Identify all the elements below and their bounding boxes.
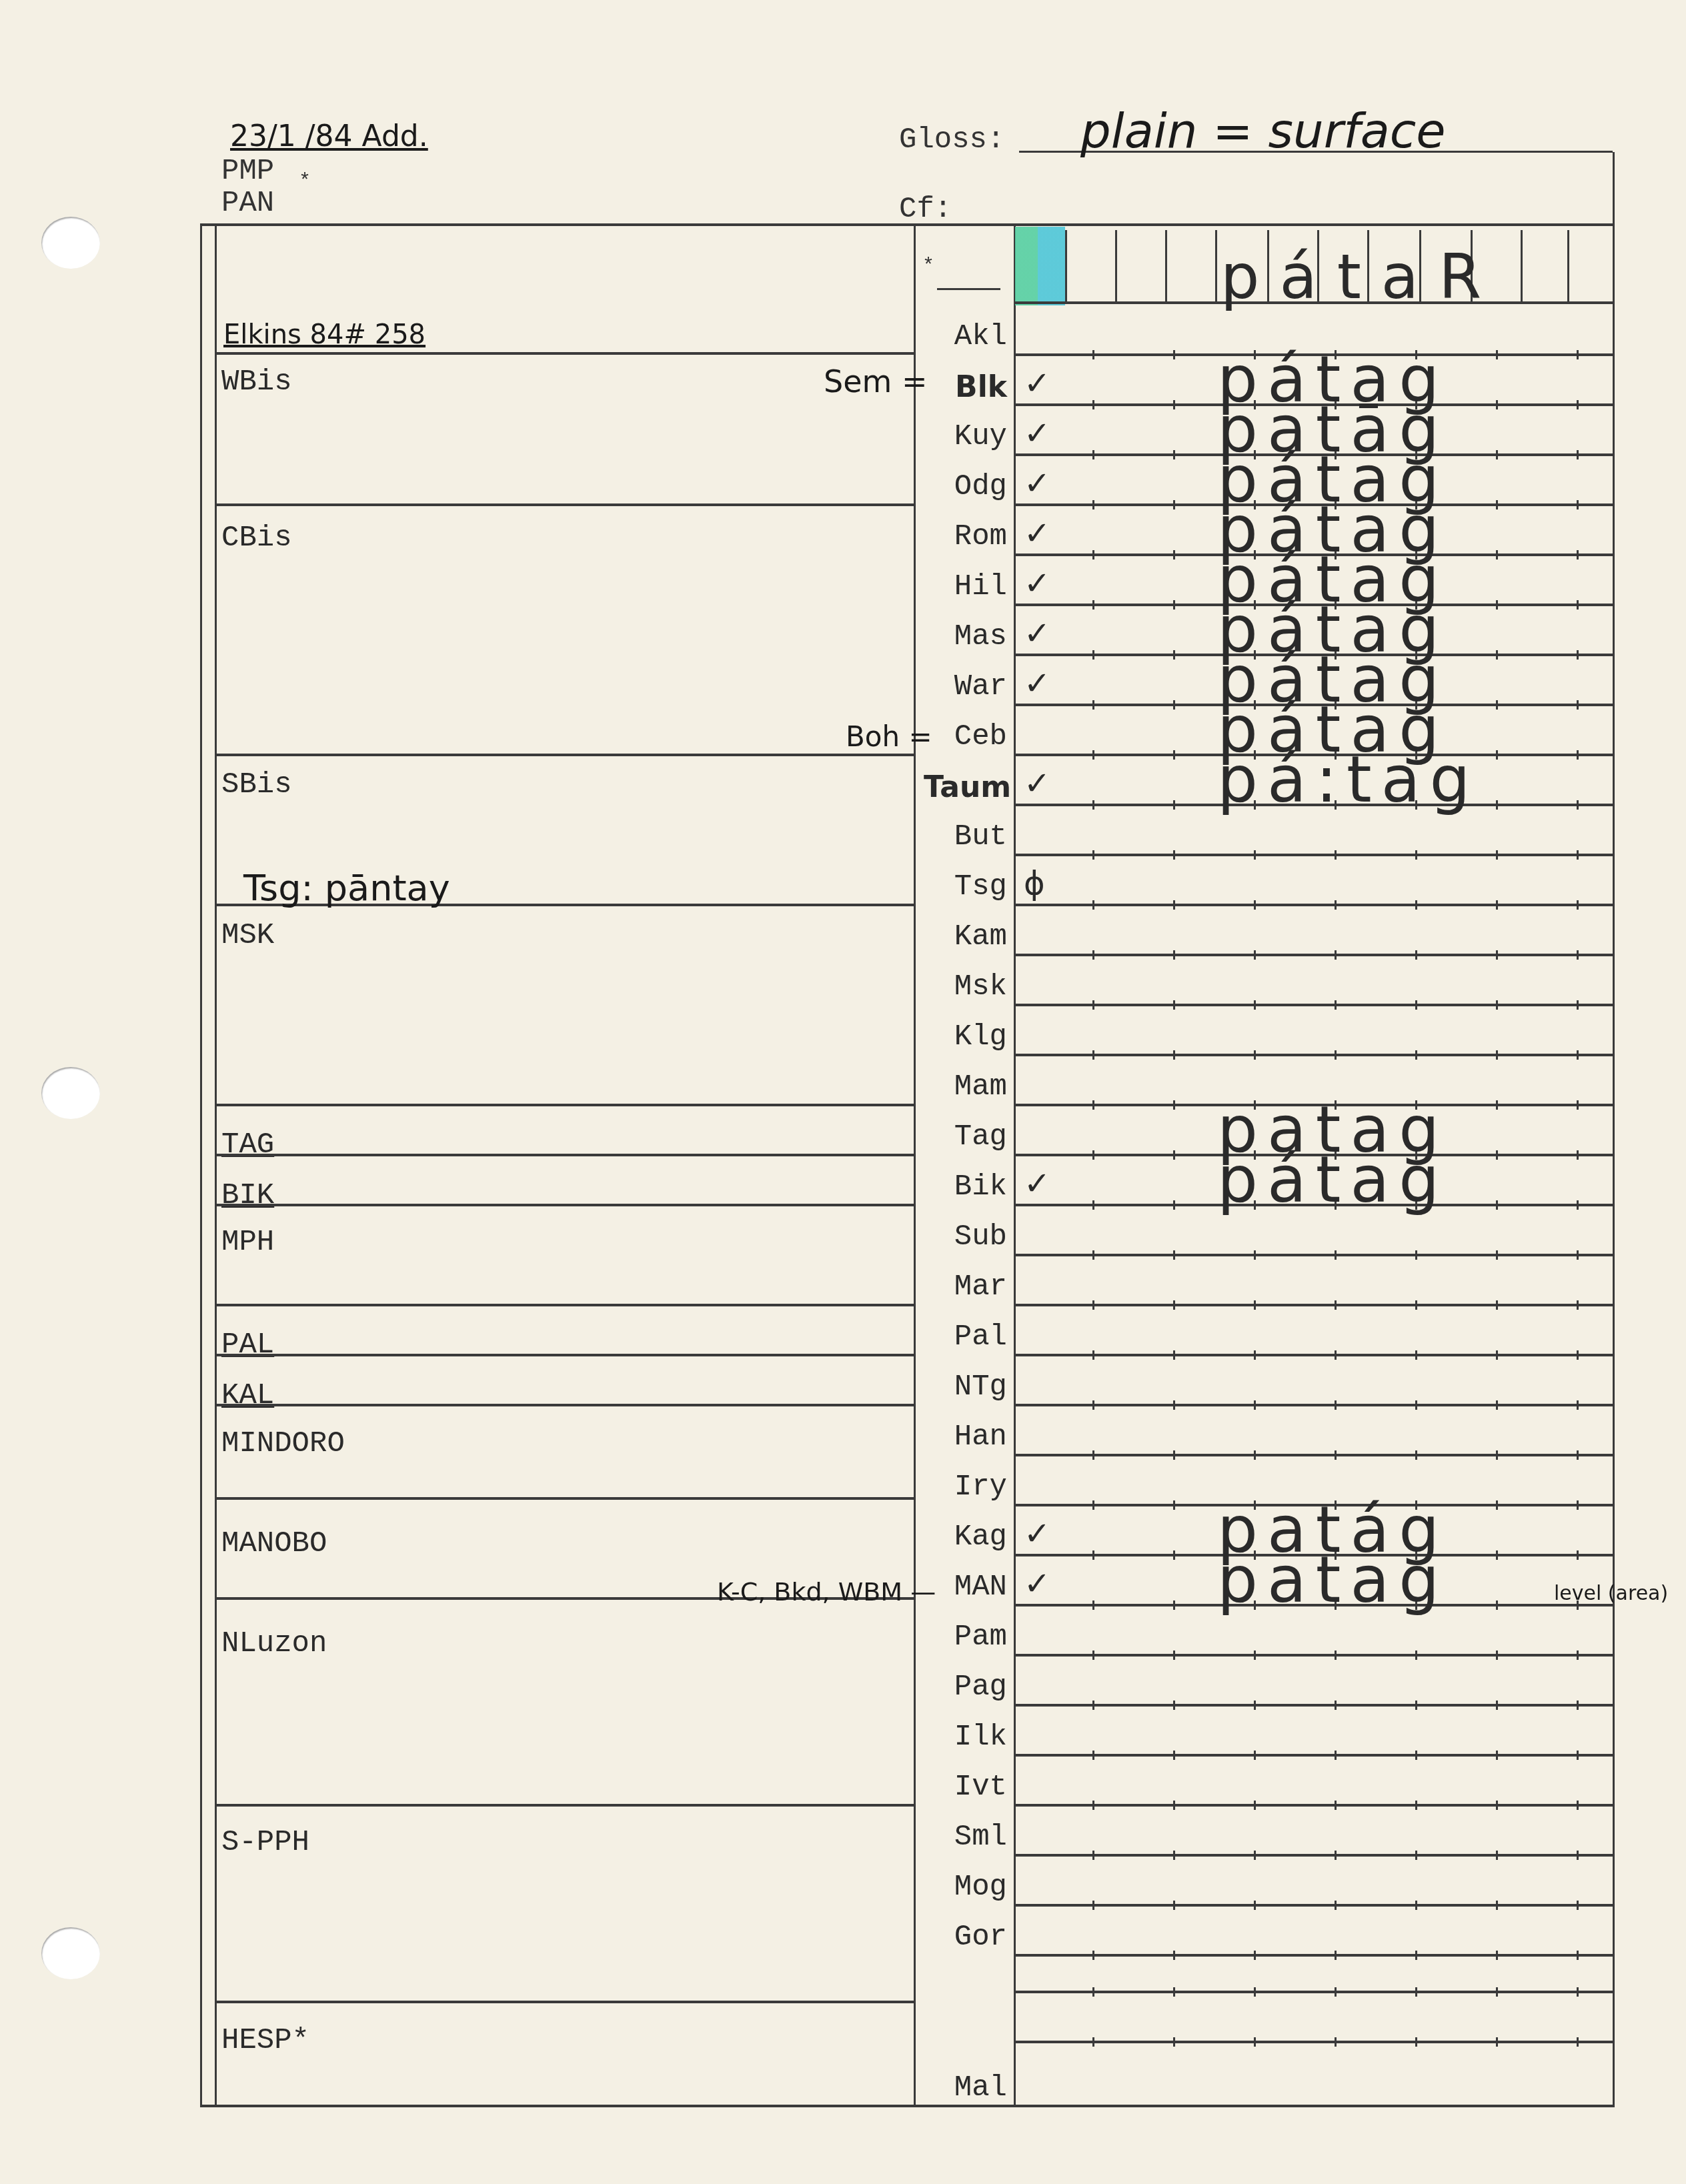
section-label: KAL [221, 1379, 274, 1412]
proto-grid-line [1115, 230, 1117, 303]
proto-grid-line [1165, 230, 1167, 303]
language-code: But [924, 820, 1007, 854]
language-code: Pam [924, 1620, 1007, 1654]
section-label: MANOBO [221, 1527, 327, 1560]
frame-right [1613, 152, 1615, 2107]
reflex-form: pá:tag [1217, 742, 1480, 817]
section-label: CBis [221, 521, 292, 555]
checkmark-icon: ✓ [1024, 665, 1050, 702]
proto-grid-line [1521, 230, 1523, 303]
checkmark-icon: ✓ [1024, 765, 1050, 802]
proto-form: pátaR [1220, 241, 1501, 313]
language-code: Mam [924, 1070, 1007, 1104]
language-code: Bik [924, 1170, 1007, 1204]
language-code: Taum [924, 770, 1007, 804]
language-code: Tsg [924, 870, 1007, 904]
section-label: HESP* [221, 2024, 309, 2057]
section-label: SBis [221, 768, 292, 802]
row-ticks [1014, 850, 1614, 860]
language-code: Rom [924, 520, 1007, 554]
language-code: Ivt [924, 1771, 1007, 1804]
language-code: Msk [924, 970, 1007, 1004]
reflex-form: pátag [1217, 1142, 1449, 1217]
checkmark-icon: ✓ [1024, 565, 1050, 602]
language-code: War [924, 670, 1007, 704]
language-code: Mas [924, 620, 1007, 654]
section-divider-line [215, 352, 914, 355]
section-divider-line [215, 2001, 914, 2003]
row-ticks [1014, 1250, 1614, 1260]
cf-label: Cf: [899, 195, 952, 224]
row-ticks [1014, 1851, 1614, 1860]
reflex-form: patag [1217, 1542, 1449, 1617]
section-label: WBis [221, 365, 292, 399]
gloss-label: Gloss: [899, 125, 1004, 155]
highlight-mark [1015, 227, 1065, 305]
punch-hole [41, 217, 100, 269]
section-label: S-PPH [221, 1826, 309, 1859]
language-code: Gor [924, 1921, 1007, 1954]
row-ticks [1014, 1350, 1614, 1360]
section-divider-line [215, 503, 914, 506]
row-ticks [1014, 1751, 1614, 1760]
row-ticks [1014, 1701, 1614, 1710]
checkmark-icon: ✓ [1024, 415, 1050, 452]
section-divider-line [215, 1154, 914, 1156]
source-note: Elkins 84# 258 [223, 321, 426, 348]
row-ticks [1014, 1651, 1614, 1660]
section-divider-line [215, 1354, 914, 1356]
language-code: Kuy [924, 420, 1007, 453]
language-code: Tag [924, 1120, 1007, 1154]
section-label: MSK [221, 919, 274, 952]
section-divider-line [215, 754, 914, 756]
language-code: NTg [924, 1370, 1007, 1404]
section-label: BIK [221, 1179, 274, 1212]
language-code: Hil [924, 570, 1007, 604]
row-ticks [1014, 1000, 1614, 1010]
row-ticks [1014, 1050, 1614, 1060]
null-mark-icon: ϕ [1024, 865, 1045, 902]
proto-asterisk: * [922, 257, 934, 277]
section-label: PAL [221, 1328, 274, 1362]
checkmark-icon: ✓ [1024, 1565, 1050, 1602]
row-ticks [1014, 1450, 1614, 1460]
proto-grid-line [1215, 230, 1217, 303]
date-note: 23/1 /84 Add. [230, 122, 428, 151]
language-code: Sub [924, 1220, 1007, 1254]
section-label: MPH [221, 1226, 274, 1259]
section-divider-line [215, 1104, 914, 1106]
boh-note: Boh = [846, 720, 932, 753]
section-divider-line [215, 1204, 914, 1206]
section-divider-line [215, 1304, 914, 1306]
row-ticks [1014, 900, 1614, 910]
language-code: Han [924, 1420, 1007, 1454]
row-ticks [1014, 1801, 1614, 1810]
checkmark-icon: ✓ [1024, 615, 1050, 652]
section-label: MINDORO [221, 1427, 345, 1460]
language-code: Mal [924, 2071, 1007, 2105]
row-ticks [1014, 1300, 1614, 1310]
tsg-note: Tsg: pāntay [243, 867, 450, 909]
gloss-value: plain = surface [1080, 107, 1446, 155]
language-code: Pal [924, 1320, 1007, 1354]
section-divider-line [215, 1497, 914, 1500]
proto-grid-line [1567, 230, 1569, 303]
language-code: Kag [924, 1520, 1007, 1554]
checkmark-icon: ✓ [1024, 465, 1050, 502]
frame-top [200, 223, 1614, 226]
pan-label: PAN [221, 189, 274, 218]
row-ticks [1014, 1987, 1614, 1997]
row-ticks [1014, 1951, 1614, 1960]
language-code: Mar [924, 1270, 1007, 1304]
man-gloss: level (area) [1554, 1582, 1668, 1605]
row-ticks [1014, 1400, 1614, 1410]
language-code: Iry [924, 1470, 1007, 1504]
language-code: Pag [924, 1671, 1007, 1704]
pmp-asterisk: * [299, 172, 311, 192]
punch-hole [41, 1927, 100, 1979]
section-divider [914, 223, 916, 2107]
row-ticks [1014, 1901, 1614, 1910]
section-divider-line [215, 1404, 914, 1406]
section-divider-line [215, 1804, 914, 1807]
pmp-label: PMP [221, 157, 274, 186]
checkmark-icon: ✓ [1024, 365, 1050, 402]
language-code: Odg [924, 470, 1007, 503]
language-code: Akl [924, 320, 1007, 353]
language-code: MAN [924, 1570, 1007, 1604]
frame-left-outer [200, 223, 202, 2107]
language-code: Sml [924, 1821, 1007, 1854]
language-code: Blk [924, 370, 1007, 404]
frame-bottom [200, 2105, 1614, 2107]
language-code: Ceb [924, 720, 1007, 754]
checkmark-icon: ✓ [1024, 515, 1050, 552]
proto-underline [937, 288, 1000, 290]
checkmark-icon: ✓ [1024, 1515, 1050, 1552]
section-label: NLuzon [221, 1627, 327, 1661]
checkmark-icon: ✓ [1024, 1165, 1050, 1202]
language-code: Mog [924, 1871, 1007, 1904]
row-ticks [1014, 2037, 1614, 2047]
row-ticks [1014, 950, 1614, 960]
proto-grid-line [1065, 230, 1067, 303]
punch-hole [41, 1067, 100, 1119]
language-code: Klg [924, 1020, 1007, 1054]
sem-note: Sem = [824, 363, 927, 399]
language-code: Kam [924, 920, 1007, 954]
man-note: K-C, Bkd, WBM — [717, 1577, 936, 1606]
section-label: TAG [221, 1128, 274, 1162]
language-code: Ilk [924, 1721, 1007, 1754]
